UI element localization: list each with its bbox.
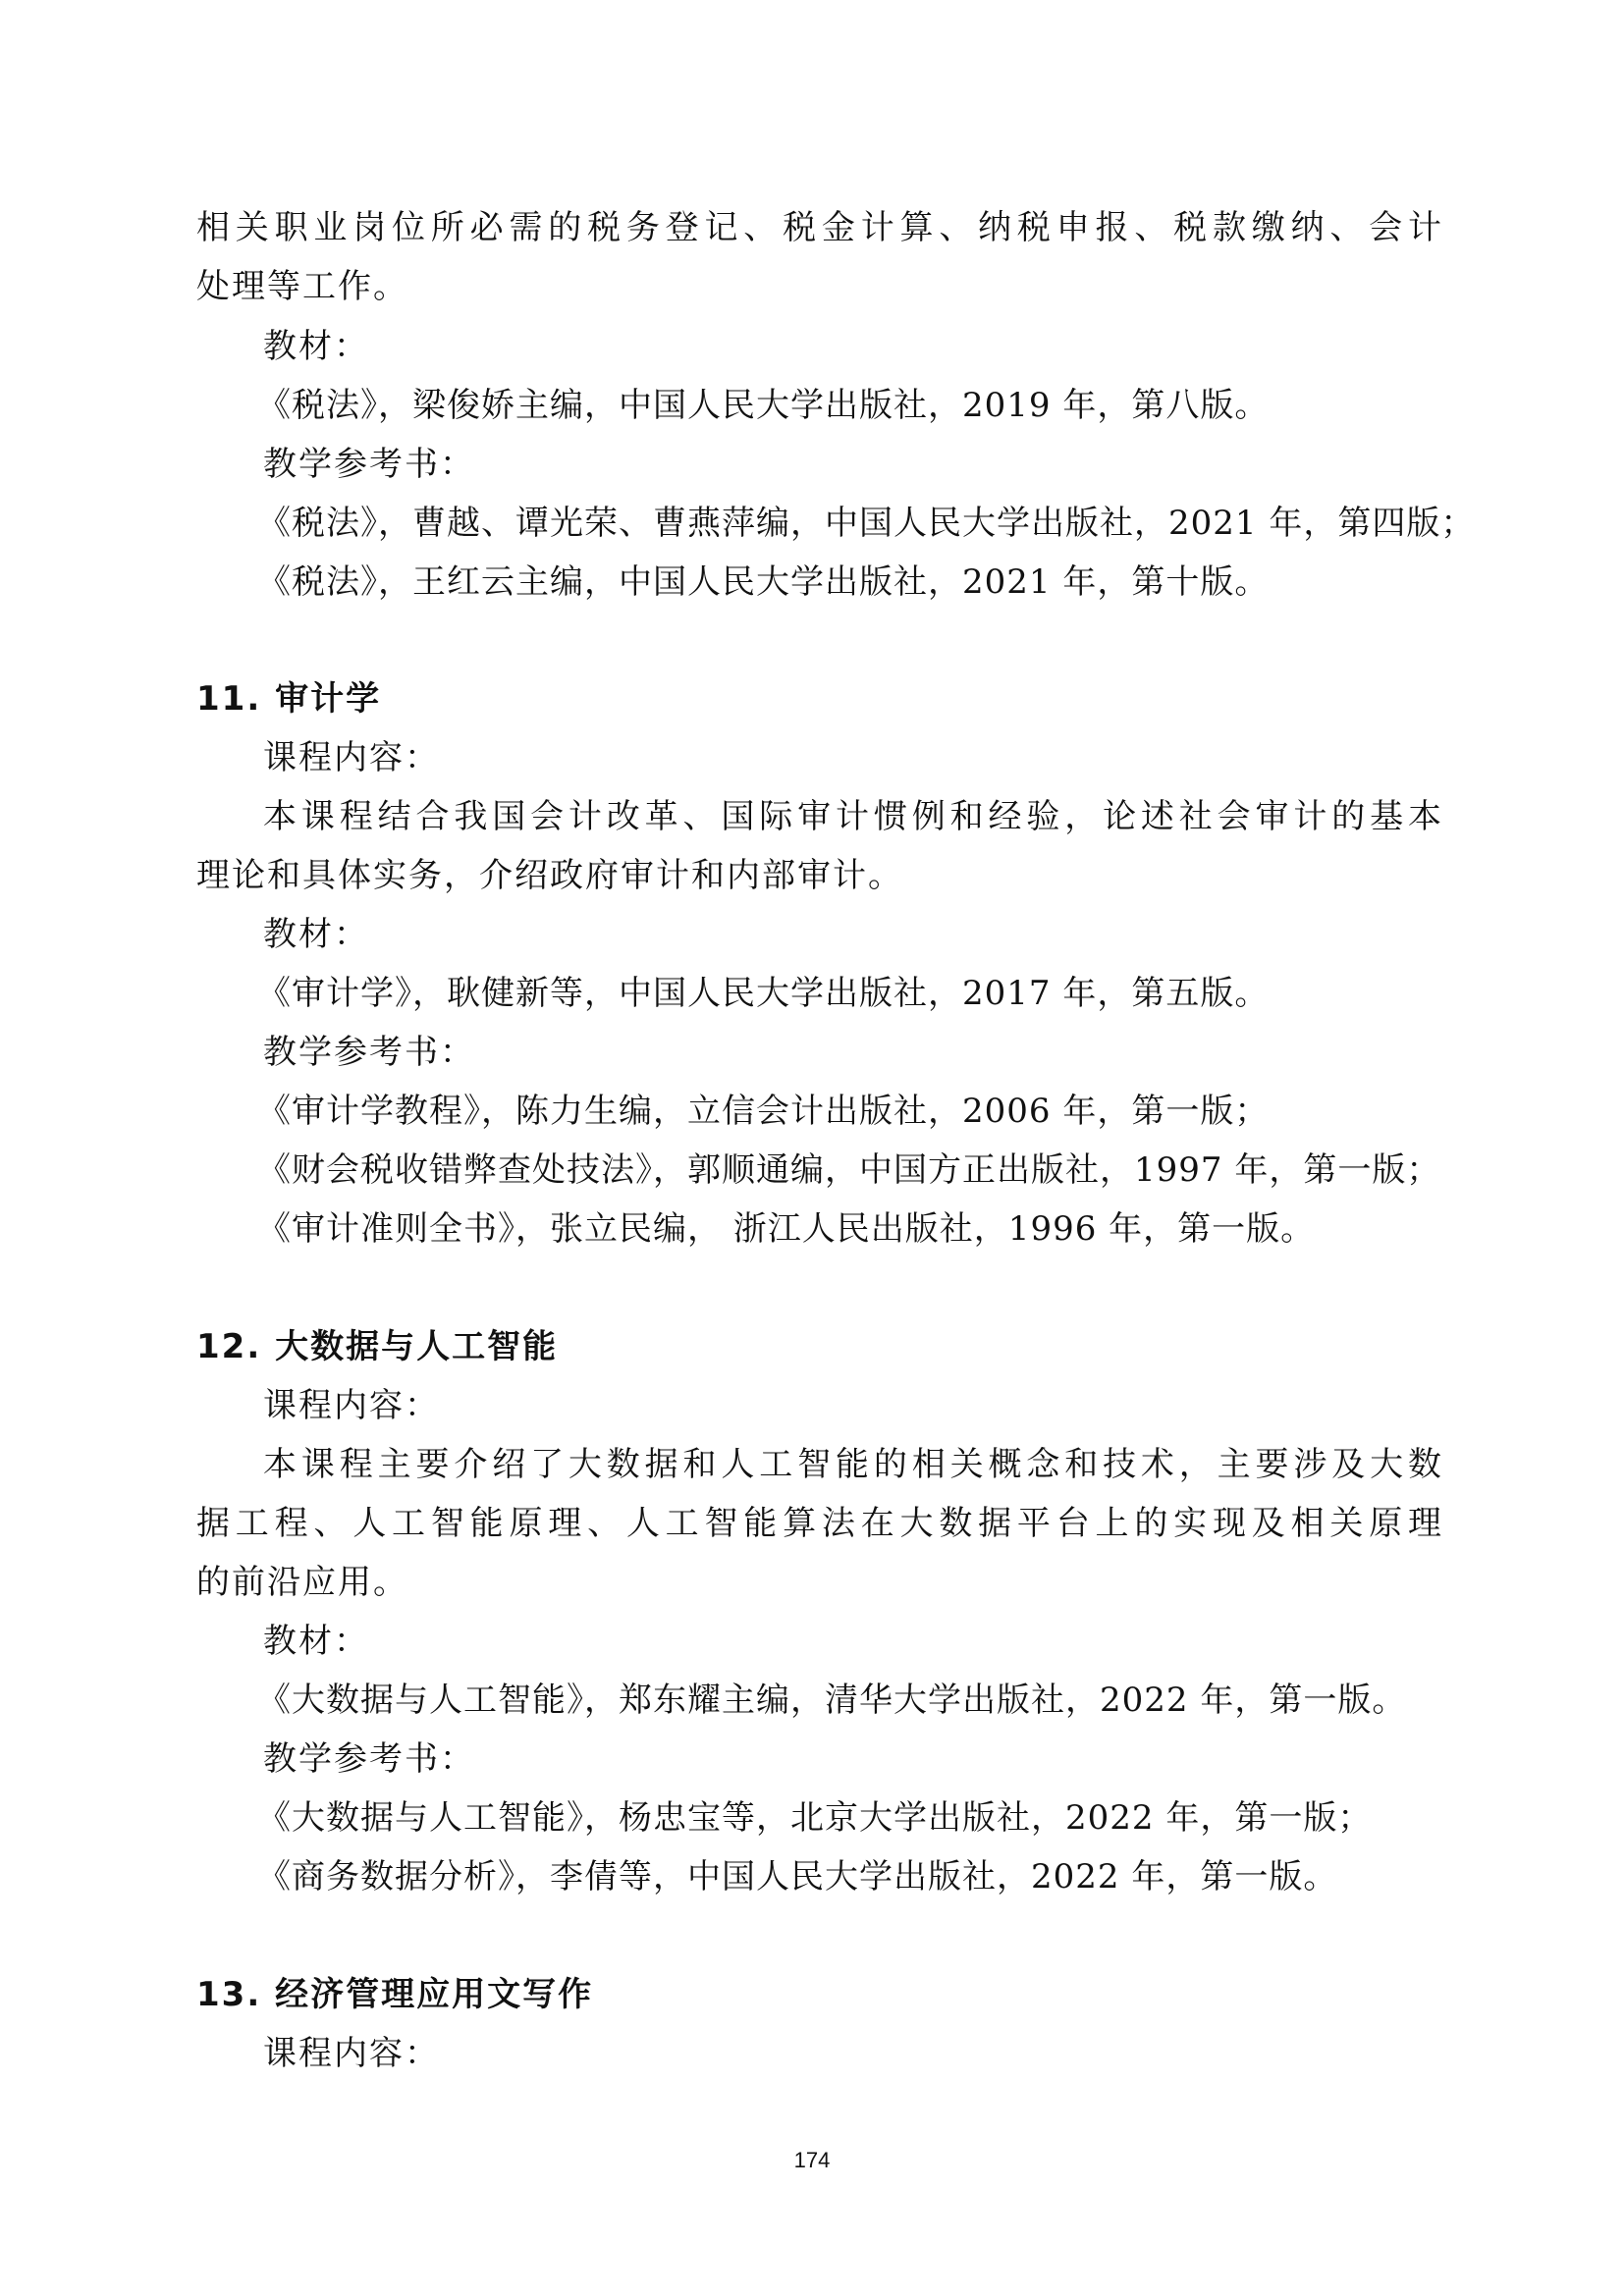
section-heading: 13. 经济管理应用文写作 — [196, 1975, 593, 2014]
section-heading: 12. 大数据与人工智能 — [196, 1327, 558, 1366]
paragraph-line: 的前沿应用。 — [196, 1563, 1443, 1602]
paragraph-line: 理论和具体实务，介绍政府审计和内部审计。 — [196, 856, 1443, 895]
reference-entry: 《审计准则全书》，张立民编， 浙江人民出版社，1996 年，第一版。 — [257, 1209, 1504, 1249]
textbook-label: 教材： — [263, 327, 1510, 366]
page-number: 174 — [0, 2148, 1624, 2173]
paragraph-line: 据工程、人工智能原理、人工智能算法在大数据平台上的实现及相关原理 — [196, 1504, 1443, 1543]
content-label: 课程内容： — [263, 738, 1510, 777]
textbook-entry: 《审计学》，耿健新等，中国人民大学出版社，2017 年，第五版。 — [257, 974, 1504, 1013]
textbook-label: 教材： — [263, 915, 1510, 954]
paragraph-line: 处理等工作。 — [196, 267, 1443, 306]
content-label: 课程内容： — [263, 2034, 1510, 2073]
references-label: 教学参考书： — [263, 1739, 1510, 1779]
paragraph-line: 相关职业岗位所必需的税务登记、税金计算、纳税申报、税款缴纳、会计 — [196, 208, 1443, 247]
references-label: 教学参考书： — [263, 1033, 1510, 1072]
references-label: 教学参考书： — [263, 445, 1510, 484]
reference-entry: 《商务数据分析》，李倩等，中国人民大学出版社，2022 年，第一版。 — [257, 1857, 1504, 1896]
reference-entry: 《财会税收错弊查处技法》，郭顺通编，中国方正出版社，1997 年，第一版； — [257, 1150, 1504, 1190]
paragraph-line: 本课程结合我国会计改革、国际审计惯例和经验，论述社会审计的基本 — [263, 797, 1443, 836]
textbook-entry: 《税法》，梁俊娇主编，中国人民大学出版社，2019 年，第八版。 — [257, 386, 1504, 425]
content-label: 课程内容： — [263, 1386, 1510, 1425]
textbook-label: 教材： — [263, 1622, 1510, 1661]
reference-entry: 《税法》，王红云主编，中国人民大学出版社，2021 年，第十版。 — [257, 562, 1504, 602]
document-page: 相关职业岗位所必需的税务登记、税金计算、纳税申报、税款缴纳、会计 处理等工作。 … — [0, 0, 1624, 2296]
reference-entry: 《税法》，曹越、谭光荣、曹燕萍编，中国人民大学出版社，2021 年，第四版； — [257, 504, 1504, 543]
textbook-entry: 《大数据与人工智能》，郑东耀主编，清华大学出版社，2022 年，第一版。 — [257, 1681, 1504, 1720]
reference-entry: 《审计学教程》，陈力生编，立信会计出版社，2006 年，第一版； — [257, 1092, 1504, 1131]
paragraph-line: 本课程主要介绍了大数据和人工智能的相关概念和技术，主要涉及大数 — [263, 1445, 1443, 1484]
reference-entry: 《大数据与人工智能》，杨忠宝等，北京大学出版社，2022 年，第一版； — [257, 1798, 1504, 1838]
section-heading: 11. 审计学 — [196, 679, 381, 719]
